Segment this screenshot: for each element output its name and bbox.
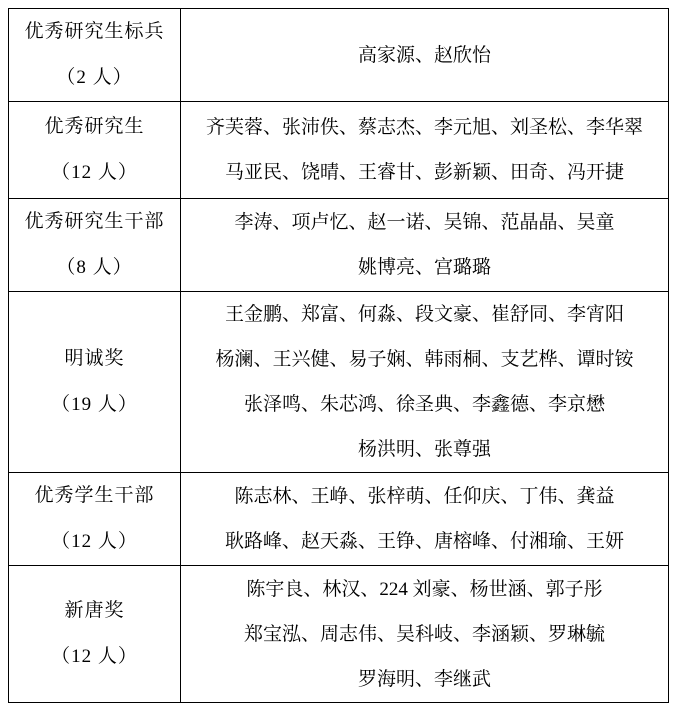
names-line: 杨洪明、张尊强: [181, 427, 668, 472]
category-count: （19 人）: [9, 382, 180, 428]
names-line: 陈志林、王峥、张梓萌、任仰庆、丁伟、龚益: [181, 474, 668, 519]
category-cell: 优秀学生干部 （12 人）: [9, 473, 181, 566]
names-cell: 陈志林、王峥、张梓萌、任仰庆、丁伟、龚益 耿路峰、赵天淼、王铮、唐榕峰、付湘瑜、…: [181, 473, 669, 566]
category-cell: 优秀研究生 （12 人）: [9, 102, 181, 199]
category-count: （12 人）: [9, 150, 180, 196]
names-line: 郑宝泓、周志伟、吴科岐、李涵颖、罗琳毓: [181, 612, 668, 657]
table-row: 明诚奖 （19 人） 王金鹏、郑富、何淼、段文豪、崔舒同、李宵阳 杨澜、王兴健、…: [9, 292, 669, 473]
names-line: 耿路峰、赵天淼、王铮、唐榕峰、付湘瑜、王妍: [181, 519, 668, 564]
category-name: 明诚奖: [9, 336, 180, 382]
table-row: 新唐奖 （12 人） 陈宇良、林汉、224 刘豪、杨世涵、郭子彤 郑宝泓、周志伟…: [9, 566, 669, 703]
names-line: 马亚民、饶晴、王睿甘、彭新颖、田奇、冯开捷: [181, 150, 668, 195]
names-cell: 李涛、项卢忆、赵一诺、吴锦、范晶晶、吴童 姚博亮、宫璐璐: [181, 199, 669, 292]
category-count: （12 人）: [9, 634, 180, 680]
table-row: 优秀研究生干部 （8 人） 李涛、项卢忆、赵一诺、吴锦、范晶晶、吴童 姚博亮、宫…: [9, 199, 669, 292]
names-cell: 齐芙蓉、张沛佚、蔡志杰、李元旭、刘圣松、李华翠 马亚民、饶晴、王睿甘、彭新颖、田…: [181, 102, 669, 199]
table-row: 优秀研究生标兵 （2 人） 高家源、赵欣怡: [9, 9, 669, 102]
names-cell: 高家源、赵欣怡: [181, 9, 669, 102]
names-line: 罗海明、李继武: [181, 657, 668, 702]
category-cell: 新唐奖 （12 人）: [9, 566, 181, 703]
names-line: 李涛、项卢忆、赵一诺、吴锦、范晶晶、吴童: [181, 200, 668, 245]
names-line: 陈宇良、林汉、224 刘豪、杨世涵、郭子彤: [181, 567, 668, 612]
category-cell: 明诚奖 （19 人）: [9, 292, 181, 473]
category-count: （8 人）: [9, 245, 180, 291]
names-line: 齐芙蓉、张沛佚、蔡志杰、李元旭、刘圣松、李华翠: [181, 105, 668, 150]
category-name: 优秀研究生标兵: [9, 9, 180, 55]
names-line: 王金鹏、郑富、何淼、段文豪、崔舒同、李宵阳: [181, 292, 668, 337]
category-count: （12 人）: [9, 519, 180, 565]
names-line: 姚博亮、宫璐璐: [181, 245, 668, 290]
names-cell: 王金鹏、郑富、何淼、段文豪、崔舒同、李宵阳 杨澜、王兴健、易子娴、韩雨桐、支艺桦…: [181, 292, 669, 473]
table-row: 优秀学生干部 （12 人） 陈志林、王峥、张梓萌、任仰庆、丁伟、龚益 耿路峰、赵…: [9, 473, 669, 566]
category-name: 优秀研究生: [9, 104, 180, 150]
names-line: 杨澜、王兴健、易子娴、韩雨桐、支艺桦、谭时铵: [181, 337, 668, 382]
category-name: 优秀研究生干部: [9, 199, 180, 245]
awards-table: 优秀研究生标兵 （2 人） 高家源、赵欣怡 优秀研究生 （12 人） 齐芙蓉、张…: [8, 8, 669, 703]
category-name: 优秀学生干部: [9, 473, 180, 519]
names-line: 高家源、赵欣怡: [181, 33, 668, 78]
category-name: 新唐奖: [9, 588, 180, 634]
category-cell: 优秀研究生干部 （8 人）: [9, 199, 181, 292]
table-row: 优秀研究生 （12 人） 齐芙蓉、张沛佚、蔡志杰、李元旭、刘圣松、李华翠 马亚民…: [9, 102, 669, 199]
category-count: （2 人）: [9, 55, 180, 101]
names-line: 张泽鸣、朱芯鸿、徐圣典、李鑫德、李京懋: [181, 382, 668, 427]
category-cell: 优秀研究生标兵 （2 人）: [9, 9, 181, 102]
names-cell: 陈宇良、林汉、224 刘豪、杨世涵、郭子彤 郑宝泓、周志伟、吴科岐、李涵颖、罗琳…: [181, 566, 669, 703]
document-page: 优秀研究生标兵 （2 人） 高家源、赵欣怡 优秀研究生 （12 人） 齐芙蓉、张…: [0, 0, 676, 705]
